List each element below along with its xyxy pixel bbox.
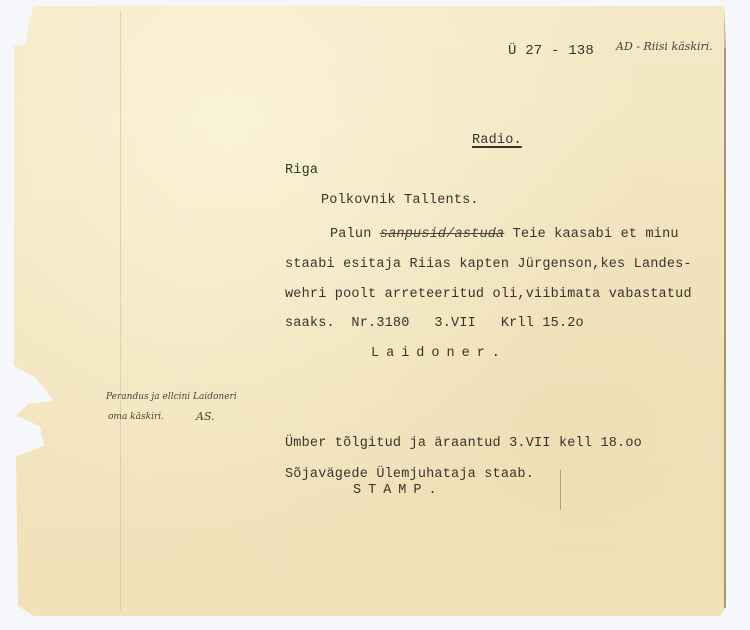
- struck-through-text: sanpusid/astuda: [380, 227, 505, 242]
- transmission-note: Ümber tõlgitud ja äraantud 3.VII kell 18…: [285, 436, 642, 451]
- margin-note-initials: AS.: [196, 410, 215, 423]
- document-heading: Radio.: [472, 133, 522, 148]
- body-line-1-suffix: Teie kaasabi et minu: [513, 227, 679, 242]
- top-handwritten-note: AD - Riisi käskiri.: [616, 40, 713, 53]
- body-line-1-prefix: Palun: [330, 227, 372, 242]
- paper-edge: [724, 48, 726, 608]
- sender-office: Sõjavägede Ülemjuhataja staab.: [285, 467, 534, 482]
- destination: Riga: [285, 163, 318, 178]
- margin-note-line-2: oma käskiri.: [108, 412, 164, 422]
- signature: Laidoner.: [371, 346, 507, 361]
- fold-crease: [120, 10, 121, 610]
- body-line-1: Palun sanpusid/astuda Teie kaasabi et mi…: [330, 227, 679, 242]
- body-line-3: wehri poolt arreteeritud oli,viibimata v…: [285, 287, 692, 302]
- pencil-mark: [560, 470, 561, 510]
- margin-note-line-1: Perandus ja ellcini Laidoneri: [106, 392, 237, 402]
- stamp-label: STAMP.: [353, 483, 444, 498]
- body-line-4: saaks. Nr.3180 3.VII Krll 15.2o: [285, 316, 584, 331]
- scanned-document: Ü 27 - 138 AD - Riisi käskiri. Radio. Ri…: [0, 0, 750, 630]
- body-line-2: staabi esitaja Riias kapten Jürgenson,ke…: [285, 257, 692, 272]
- addressee: Polkovnik Tallents.: [321, 193, 479, 208]
- reference-number: Ü 27 - 138: [508, 43, 594, 59]
